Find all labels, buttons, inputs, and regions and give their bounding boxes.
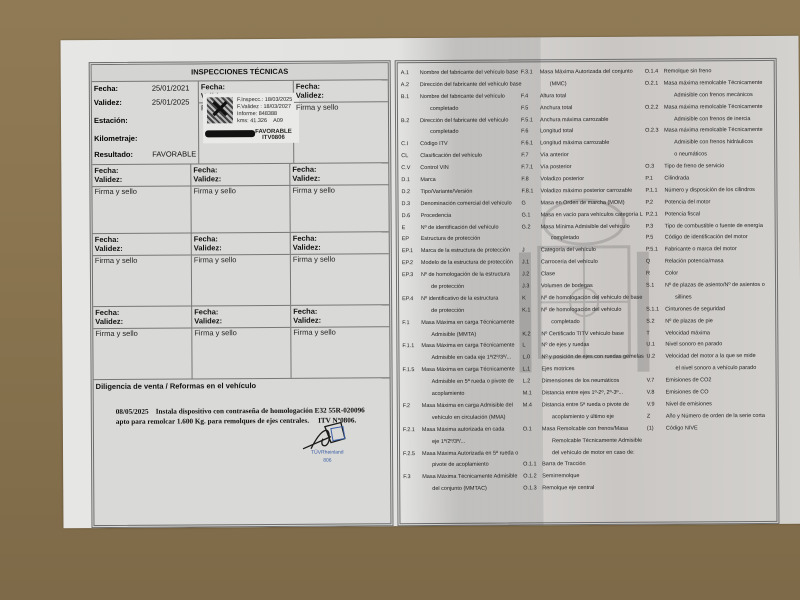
reference-text: Masa Remolcable con frenos/Masa [542, 424, 628, 436]
reference-text: Masa Máxima en carga Técnicamente [421, 317, 514, 329]
reference-item: Admisible en cada eje 1º/2º/3º/... [402, 353, 524, 366]
reference-text: Tipo de combustible o fuente de energía [665, 221, 763, 233]
reference-item: (1)Código NIVE [647, 423, 782, 436]
reference-text: Volumen de bodegas [541, 281, 593, 293]
reference-text: Masa en Orden de marcha (MOM) [540, 198, 624, 210]
firma-label: Firma y sello [291, 327, 389, 338]
reference-code: J.1 [522, 258, 541, 270]
reference-item: completado [522, 316, 652, 329]
reference-text: Admisible en cada eje 1º/2º/3º/... [421, 353, 511, 365]
firma-label: Firma y sello [290, 185, 388, 196]
validez-label: Validez: [291, 315, 389, 325]
reference-code: O.2.1 [645, 78, 664, 90]
reference-code: C.V [401, 163, 420, 175]
reference-item: A.2Dirección del fabricante del vehículo… [401, 79, 523, 92]
reference-text: Nº de identificación del vehículo [421, 222, 499, 234]
reference-code: A.1 [401, 68, 420, 80]
reference-item: O.3Tipo de freno de servicio [645, 161, 780, 174]
reference-code: S.1 [646, 281, 665, 293]
reference-code [646, 292, 665, 304]
validez-label: Validez: [290, 173, 388, 183]
reference-item: G.2Masa Mínima Admisible del vehículo [522, 221, 652, 234]
reference-text: Anchura total [540, 103, 572, 115]
reference-text: Masa máxima remolcable Técnicamente [664, 78, 763, 90]
reference-item: D.3Denominación comercial del vehículo [401, 198, 523, 211]
reference-item: L.2Dimensiones de los neumáticos [523, 376, 653, 389]
inspections-title: INSPECCIONES TÉCNICAS [92, 63, 388, 82]
reference-code: F.5.1 [521, 115, 540, 127]
reference-text: Marca de la estructura de protección [421, 246, 510, 258]
vehicle-inspection-card: INSPECCIONES TÉCNICAS Fecha:25/01/2021 V… [61, 36, 800, 528]
reference-item: de protección [402, 305, 524, 318]
reference-code: K [522, 293, 541, 305]
reference-code: S.1.1 [646, 304, 665, 316]
reference-text: Código NIVE [666, 423, 698, 435]
reference-item: O.2.1Masa máxima remolcable Técnicamente [645, 78, 780, 91]
reference-item: F.5.1Anchura máxima carrozable [521, 114, 651, 127]
reference-text: Masa máxima remolcable Técnicamente [664, 102, 763, 114]
reference-item: F.7Vía anterior [521, 150, 651, 163]
reference-code [403, 484, 422, 496]
reference-item: EP.2Modelo de la estructura de protecció… [402, 258, 524, 271]
reference-text: Anchura máxima carrozable [540, 114, 609, 126]
reference-item: F.5Anchura total [521, 102, 651, 115]
firma-label: Firma y sello [191, 186, 289, 197]
reference-code: F.5 [521, 103, 540, 115]
reference-text: del conjunto (MMTAC) [422, 484, 487, 496]
reference-code: P.2 [645, 197, 664, 209]
reference-item: EPEstructura de protección [402, 234, 524, 247]
reference-item: JCategoría del vehículo [522, 245, 652, 258]
reference-item: F.3.1Masa Máxima Autorizada del conjunto [521, 67, 651, 80]
reference-code: F.4 [521, 91, 540, 103]
reference-text: Nº de homologación del vehículo [541, 305, 621, 317]
reference-item: P.2.1Potencia fiscal [646, 209, 781, 222]
reference-code: J [522, 246, 541, 258]
reference-text: eje 1º/2º/3º/... [422, 436, 465, 448]
reference-item: ZAño y Número de orden de la serie corta [647, 411, 782, 424]
reference-item: vehículo en circulación (MMA) [403, 412, 525, 425]
reference-text: Emisiones de CO [666, 387, 709, 399]
validez-value: 25/01/2025 [152, 97, 190, 107]
reference-text: o neumáticos [664, 150, 707, 162]
reference-code: O.2.3 [645, 126, 664, 138]
reference-column-2: F.3.1Masa Máxima Autorizada del conjunto… [521, 67, 654, 496]
reference-code: T [646, 328, 665, 340]
reference-code: O.3 [645, 162, 664, 174]
inspection-cell-3: Fecha:Validez: Firma y sello [294, 80, 388, 163]
reference-item: CLClasificación del vehículo [401, 151, 523, 164]
reference-item: F.1.1Masa Máxima en carga Técnicamente [402, 341, 524, 354]
reference-text: Potencia fiscal [665, 209, 701, 221]
reference-item: S.1Nº de plazas de asiento/Nº de asiento… [646, 280, 781, 293]
reference-text: Masa Máxima Técnicamente Admisible [422, 472, 517, 484]
reference-text: Fabricante o marca del motor [665, 244, 737, 256]
reference-text: Nº de plazas de pie [665, 316, 713, 328]
reference-text: Masa Máxima Autorizada del conjunto [540, 67, 633, 79]
reference-code: F.1.5 [403, 365, 422, 377]
reference-code: EP.1 [402, 246, 421, 258]
reference-code: F.3.1 [521, 67, 540, 79]
reference-item: F.6Longitud total [521, 126, 651, 139]
reference-text: Masa Máxima Autorizada en 5ª rueda o [422, 448, 518, 460]
reference-text: Velocidad máxima [665, 328, 710, 340]
reference-text: Distancia entre 5ª rueda o pivote de [542, 400, 629, 412]
reference-text: Admisible (MMTA) [421, 329, 476, 341]
reference-code: O.1.2 [523, 472, 542, 484]
reference-item: D.1Marca [401, 174, 523, 187]
reference-item: V.8Emisiones de CO [647, 387, 782, 400]
reference-item: el nivel sonoro a vehículo parado [647, 363, 782, 376]
reference-code [403, 377, 422, 389]
reference-item: O.2.2Masa máxima remolcable Técnicamente [645, 102, 780, 115]
reference-text: Vía posterior [540, 162, 571, 174]
reference-text: Masa Máxima en carga Técnicamente [422, 365, 515, 377]
reference-item: F.2.5Masa Máxima Autorizada en 5ª rueda … [403, 448, 525, 461]
reference-code [403, 460, 422, 472]
reference-item: Admisible con frenos mecánicos [645, 90, 780, 103]
stamp-kms: kms: 41.326 [237, 118, 267, 124]
reference-code: B.2 [401, 116, 420, 128]
reference-text: Admisible en 5ª rueda o pivote de [422, 377, 514, 389]
reference-code: F.2.1 [403, 425, 422, 437]
reference-code: EP.4 [402, 294, 421, 306]
reference-text: acoplamiento [422, 389, 465, 401]
reference-code: R [646, 269, 665, 281]
reference-code: M.1 [523, 388, 542, 400]
reference-item: Admisible con frenos de inercia [645, 113, 780, 126]
reference-item: J.1Carrocería del vehículo [522, 257, 652, 270]
reference-code [403, 437, 422, 449]
reference-code: O.2.2 [645, 102, 664, 114]
validez-label: Validez: [191, 174, 289, 184]
reference-column-1: A.1Nombre del fabricante del vehículo ba… [401, 67, 526, 496]
reference-code: (1) [647, 423, 666, 435]
reference-column-3: O.1.4Remolque sin frenoO.2.1Masa máxima … [645, 66, 782, 435]
firma-label: Firma y sello [192, 255, 290, 266]
reference-item: Admisible en 5ª rueda o pivote de [403, 377, 525, 390]
reference-text: Distancia entre ejes 1º-2º, 2º-3º... [542, 388, 623, 400]
reference-item: de protección [402, 281, 524, 294]
reference-item: V.9Nivel de emisiones [647, 399, 782, 412]
reference-code: P.2.1 [646, 209, 665, 221]
reference-text: Potencia del motor [664, 197, 710, 209]
reference-code: F.8.1 [521, 186, 540, 198]
reference-code: EP.2 [402, 258, 421, 270]
reference-code: O.1.3 [523, 483, 542, 495]
reference-item: M.4Distancia entre 5ª rueda o pivote de [523, 400, 653, 413]
reference-item: GMasa en Orden de marcha (MOM) [521, 197, 651, 210]
reference-text: Denominación comercial del vehículo [420, 198, 511, 210]
reference-code: P.1.1 [645, 185, 664, 197]
kilometraje-label: Kilometraje: [94, 134, 152, 144]
estacion-label: Estación: [94, 116, 152, 126]
reference-item: S.2Nº de plazas de pie [646, 316, 781, 329]
resultado-label: Resultado: [94, 150, 152, 160]
reference-text: Marca [420, 175, 435, 187]
reference-code [402, 330, 421, 342]
reference-text: Nombre del fabricante del vehículo [420, 91, 505, 103]
reference-code [523, 412, 542, 424]
reference-code: F.6 [521, 127, 540, 139]
reference-code: L.1 [523, 365, 542, 377]
reference-item: KNº de homologación del vehículo de base [522, 293, 652, 306]
reference-code: J.2 [522, 269, 541, 281]
reference-code: EP [402, 235, 421, 247]
reference-code [645, 114, 664, 126]
tuv-stamp: TÜVRheinland 806 [311, 449, 344, 465]
reference-item: F.2.1Masa Máxima autorizada en cada [403, 424, 525, 437]
reference-text: Relación potencia/masa [665, 256, 724, 268]
reference-text: Admisible con frenos mecánicos [664, 90, 753, 102]
reference-text: completado [420, 104, 459, 116]
reference-text: completado [541, 317, 580, 329]
reference-item: completado [522, 233, 652, 246]
reference-item: J.3Volumen de bodegas [522, 281, 652, 294]
reference-item: del conjunto (MMTAC) [403, 484, 525, 497]
reference-item: F.3Masa Máxima Técnicamente Admisible [403, 472, 525, 485]
reference-item: acoplamiento [403, 388, 525, 401]
reference-text: Semirremolque [542, 471, 579, 483]
reference-text: Masa Máxima en carga Admisible del [422, 400, 513, 412]
validez-label: Validez: [291, 242, 389, 252]
reference-item: TVelocidad máxima [646, 327, 781, 340]
reference-text: Admisible con frenos hidráulicos [664, 137, 753, 149]
reference-code: EP.3 [402, 270, 421, 282]
reference-code: F.8 [521, 174, 540, 186]
reference-text: vehículo en circulación (MMA) [422, 412, 506, 424]
reference-codes-panel: A.1Nombre del fabricante del vehículo ba… [395, 58, 780, 526]
inspection-row-3: Fecha:Validez:Firma y sello Fecha:Valide… [93, 232, 389, 307]
reference-item: B.2Dirección del fabricante del vehículo [401, 115, 523, 128]
reference-item: P.1.1Número y disposición de los cilindr… [645, 185, 780, 198]
reference-text: completado [420, 127, 459, 139]
reference-text: Dimensiones de los neumáticos [542, 376, 620, 388]
reference-code: O.1 [523, 424, 542, 436]
reference-text: Nº de plazas de asiento/Nº de asientos o [665, 280, 765, 292]
reference-text: acoplamiento y último eje [542, 412, 614, 424]
firma-label: Firma y sello [294, 102, 388, 113]
reference-text: Ejes motrices [542, 364, 575, 376]
reference-text: Remolcable Técnicamente Admisible [542, 435, 642, 448]
reference-item: U.1Nivel sonoro en parado [646, 339, 781, 352]
reference-text: Código ITV [420, 139, 448, 151]
reference-code: P.5.1 [646, 245, 665, 257]
reference-code: B.1 [401, 92, 420, 104]
inspection-cell-first: Fecha:25/01/2021 Validez:25/01/2025 Esta… [92, 81, 200, 164]
reference-code: L [522, 341, 541, 353]
validez-label: Validez: [94, 98, 152, 108]
reference-code [402, 306, 421, 318]
stamp-itv: ITV0806 [255, 135, 292, 141]
reference-text: Dirección del fabricante del vehículo ba… [420, 79, 522, 92]
reference-item: F.6.1Longitud máxima carrozable [521, 138, 651, 151]
reference-code [522, 234, 541, 246]
reference-code: U.2 [646, 352, 665, 364]
tuv-stamp-code: 806 [311, 457, 344, 465]
reference-item: sillines [646, 292, 781, 305]
reference-text: Masa Máxima en carga Técnicamente [421, 341, 514, 353]
firma-label: Firma y sello [92, 186, 190, 197]
reference-code [401, 128, 420, 140]
reference-item: P.3Tipo de combustible o fuente de energ… [646, 220, 781, 233]
reference-text: Categoría del vehículo [541, 245, 596, 257]
reference-text: Nº y posición de ejes con ruedas gemelas [541, 352, 643, 365]
reference-item: P.5Código de identificación del motor [646, 232, 781, 245]
reference-item: L.0Nº y posición de ejes con ruedas geme… [522, 352, 652, 365]
reference-text: Masa Máxima autorizada en cada [422, 424, 505, 436]
reference-item: QRelación potencia/masa [646, 256, 781, 269]
firma-label: Firma y sello [192, 328, 290, 339]
reference-item: O.1.4Remolque sin freno [645, 66, 780, 79]
reference-text: Altura total [540, 91, 566, 103]
reference-item: EP.4Nº identificativo de la estructura [402, 293, 524, 306]
reference-code [523, 448, 542, 460]
reference-item: M.1Distancia entre ejes 1º-2º, 2º-3º... [523, 388, 653, 401]
inspection-cell-2: Fecha:Validez: F F.Inspecc.: 18/03/2025 … [199, 81, 294, 164]
reference-text: Velocidad del motor a la que se mide [665, 351, 755, 363]
reference-code [645, 150, 664, 162]
reference-item: EP.3Nº de homologación de la estructura [402, 270, 524, 283]
reference-item: Admisible con frenos hidráulicos [645, 137, 780, 150]
reference-item: P.2Potencia del motor [645, 197, 780, 210]
reference-item: ENº de identificación del vehículo [402, 222, 524, 235]
reference-code: G.2 [522, 222, 541, 234]
reference-item: F.8.1Voladizo máximo posterior carrozabl… [521, 186, 651, 199]
validez-label: Validez: [93, 243, 191, 253]
reference-code [647, 364, 666, 376]
reference-text: Masa máxima remolcable Técnicamente [664, 125, 763, 137]
reference-code: J.3 [522, 281, 541, 293]
reference-item: (MMC) [521, 79, 651, 92]
reference-code [402, 353, 421, 365]
reference-code: O.1.4 [645, 67, 664, 79]
reference-code: K.1 [522, 305, 541, 317]
reference-item: U.2Velocidad del motor a la que se mide [646, 351, 781, 364]
reference-text: Número y disposición de los cilindros [664, 185, 755, 197]
reference-code: A.2 [401, 80, 420, 92]
reference-text: Cinturones de seguridad [665, 304, 725, 316]
reference-text: Nº de homologación del vehículo de base [541, 293, 642, 306]
reference-code: P.3 [646, 221, 665, 233]
firma-label: Firma y sello [93, 328, 191, 339]
reference-item: completado [401, 103, 523, 116]
reference-code: F.6.1 [521, 139, 540, 151]
reference-text: Clase [541, 269, 555, 281]
reference-text: Voladizo posterior [540, 174, 584, 186]
validez-label: Validez: [294, 90, 388, 100]
reference-text: Nombre del fabricante del vehículo base [420, 67, 519, 79]
reference-text: de protección [421, 306, 464, 318]
reference-text: Color [665, 269, 678, 281]
reference-code: G.1 [522, 210, 541, 222]
reference-code: F.2 [403, 401, 422, 413]
reference-code: V.9 [647, 400, 666, 412]
reference-item: F.7.1Vía posterior [521, 162, 651, 175]
stamp-code: A09 [273, 118, 283, 124]
reference-item: O.1.1Barra de Tracción [523, 459, 653, 472]
reference-item: F.2Masa Máxima en carga Admisible del [403, 400, 525, 413]
reference-item: P.1Cilindrada [645, 173, 780, 186]
reference-code: F.7 [521, 151, 540, 163]
reference-text: Control VIN [420, 163, 449, 175]
reference-text: Tipo de freno de servicio [664, 161, 724, 173]
reference-code: D.2 [401, 187, 420, 199]
reference-text: Dirección del fabricante del vehículo [420, 115, 508, 127]
inspection-row-4: Fecha:Validez:Firma y sello Fecha:Valide… [93, 305, 389, 380]
reference-item: F.4Altura total [521, 90, 651, 103]
reference-code [402, 282, 421, 294]
reference-code: Q [646, 257, 665, 269]
reference-item: O.2.3Masa máxima remolcable Técnicamente [645, 125, 780, 138]
reference-item: C.ICódigo ITV [401, 139, 523, 152]
reference-code: F.3 [403, 472, 422, 484]
firma-label: Firma y sello [93, 255, 191, 266]
validez-label: Validez: [93, 316, 191, 326]
reference-code: D.1 [401, 175, 420, 187]
qr-code-icon [207, 97, 233, 123]
reference-text: sillines [665, 292, 692, 304]
reference-code: G [521, 198, 540, 210]
reference-text: Admisible con frenos de inercia [664, 114, 751, 126]
reference-code: V.8 [647, 388, 666, 400]
reference-text: de protección [421, 282, 464, 294]
reference-item: P.5.1Fabricante o marca del motor [646, 244, 781, 257]
firma-label: Firma y sello [291, 254, 389, 265]
reference-code [645, 90, 664, 102]
reference-code: O.1.1 [523, 460, 542, 472]
reference-code: L.0 [522, 353, 541, 365]
validez-label: Validez: [192, 316, 290, 326]
reference-code: CL [401, 151, 420, 163]
reference-item: A.1Nombre del fabricante del vehículo ba… [401, 67, 523, 80]
reference-text: Masa Mínima Admisible del vehículo [541, 221, 630, 233]
reference-text: Nivel sonoro en parado [665, 340, 722, 352]
reference-text: Nº de homologación de la estructura [421, 270, 510, 282]
inspection-row-1: Fecha:25/01/2021 Validez:25/01/2025 Esta… [92, 80, 389, 165]
reference-item: Remolcable Técnicamente Admisible [523, 435, 653, 448]
reference-text: pivote de acoplamiento [422, 460, 489, 472]
reference-item: V.7Emisiones de CO2 [647, 375, 782, 388]
reference-text: el nivel sonoro a vehículo parado [666, 363, 757, 375]
reference-code [521, 79, 540, 91]
reference-item: O.1.2Semirremolque [523, 471, 653, 484]
reference-text: Remolque sin freno [664, 66, 712, 78]
redaction-bar [205, 130, 255, 137]
reference-text: Vía anterior [540, 150, 569, 162]
reference-code [403, 389, 422, 401]
reference-code: M.4 [523, 400, 542, 412]
inspection-row-2: Fecha:Validez:Firma y sello Fecha:Valide… [92, 163, 388, 234]
reference-code: F.7.1 [521, 162, 540, 174]
reference-item: L.1Ejes motrices [523, 364, 653, 377]
reference-code [403, 413, 422, 425]
reference-code: F.2.5 [403, 449, 422, 461]
reference-text: Modelo de la estructura de protección [421, 258, 513, 270]
reference-text: Nº Certificado TITV vehículo base [541, 328, 624, 340]
reference-item: Admisible (MMTA) [402, 329, 524, 342]
reference-text: completado [541, 234, 580, 246]
reference-item: D.6Procedencia [402, 210, 524, 223]
reference-code [522, 317, 541, 329]
reference-text: Cilindrada [664, 173, 689, 185]
reference-text: Masa en vacío para vehículos categoría L [541, 209, 643, 222]
reference-code: P.5 [646, 233, 665, 245]
reference-code: L.2 [523, 376, 542, 388]
itv-stamp: F.Inspecc.: 18/03/2025 F.Validez : 18/03… [203, 93, 299, 144]
reference-item: O.1Masa Remolcable con frenos/Masa [523, 423, 653, 436]
reference-item: F.8Voladizo posterior [521, 174, 651, 187]
